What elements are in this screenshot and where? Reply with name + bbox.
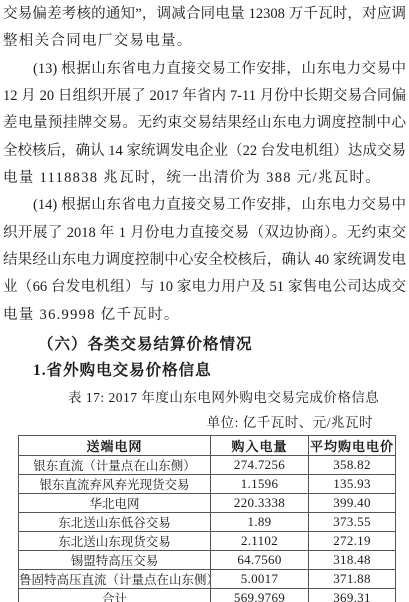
table-row: 银东直流（计量点在山东侧） 274.7256 358.82 xyxy=(19,456,396,475)
body-line: 电量 1118838 兆瓦时，统一出清价为 388 元/兆瓦时。 xyxy=(3,165,406,192)
cell-grid: 华北电网 xyxy=(19,494,211,513)
header-volume: 购入电量 xyxy=(211,436,309,456)
cell-volume: 274.7256 xyxy=(211,456,309,475)
cell-grid: 锡盟特高压交易 xyxy=(19,551,211,570)
document-page: 交易偏差考核的通知”，调减合同电量 12308 万千瓦时，对应调 整相关合同电厂… xyxy=(0,0,409,602)
cell-price: 318.48 xyxy=(309,551,396,570)
table-row total-row: 合计 569.9769 369.31 xyxy=(19,589,396,602)
cell-grid: 东北送山东低谷交易 xyxy=(19,513,211,532)
subsection-heading: 1.省外购电交易价格信息 xyxy=(33,358,406,384)
table-row: 银东直流弃风弃光现货交易 1.1596 135.93 xyxy=(19,475,396,494)
cell-volume: 5.0017 xyxy=(211,570,309,589)
body-line: 差电量预挂牌交易。无约束交易结果经山东电力调度控制中心安 xyxy=(3,110,406,137)
cell-grid: 鲁固特高压直流（计量点在山东侧） xyxy=(19,570,211,589)
cell-grid: 银东直流（计量点在山东侧） xyxy=(19,456,211,475)
body-line: (14) 根据山东省电力直接交易工作安排，山东电力交易中心组 xyxy=(3,192,406,219)
cell-volume: 64.7560 xyxy=(211,551,309,570)
table-row: 东北送山东现货交易 2.1102 272.19 xyxy=(19,532,396,551)
cell-price: 373.55 xyxy=(309,513,396,532)
body-line: 全校核后，确认 14 家统调发电企业（22 台发电机组）达成交易 xyxy=(3,138,406,165)
cell-price: 272.19 xyxy=(309,532,396,551)
cell-volume: 2.1102 xyxy=(211,532,309,551)
cell-price: 135.93 xyxy=(309,475,396,494)
cell-price: 369.31 xyxy=(309,589,396,602)
table-caption: 表 17: 2017 年度山东电网外购电交易完成价格信息 xyxy=(68,386,406,409)
cell-volume: 1.1596 xyxy=(211,475,309,494)
body-line: 结果经山东电力调度控制中心安全校核后，确认 40 家统调发电企 xyxy=(3,247,406,274)
cell-price: 371.88 xyxy=(309,570,396,589)
table-header-row: 送端电网 购入电量 平均购电电价 xyxy=(19,436,396,456)
body-line: 交易偏差考核的通知”，调减合同电量 12308 万千瓦时，对应调 xyxy=(3,1,406,28)
header-sending-grid: 送端电网 xyxy=(19,436,211,456)
header-average-price: 平均购电电价 xyxy=(309,436,396,456)
cell-grid: 银东直流弃风弃光现货交易 xyxy=(19,475,211,494)
body-line: 整相关合同电厂交易电量。 xyxy=(3,28,406,55)
body-text: 交易偏差考核的通知”，调减合同电量 12308 万千瓦时，对应调 整相关合同电厂… xyxy=(3,1,406,329)
table-row: 华北电网 220.3338 399.40 xyxy=(19,494,396,513)
body-line: 12 月 20 日组织开展了 2017 年省内 7-11 月份中长期交易合同偏 xyxy=(3,83,406,110)
cell-price: 358.82 xyxy=(309,456,396,475)
cell-volume: 569.9769 xyxy=(211,589,309,602)
unit-note: 单位: 亿千瓦时、元/兆瓦时 xyxy=(3,411,373,434)
cell-grid: 东北送山东现货交易 xyxy=(19,532,211,551)
table-row: 东北送山东低谷交易 1.89 373.55 xyxy=(19,513,396,532)
cell-volume: 1.89 xyxy=(211,513,309,532)
body-line: 电量 36.9998 亿千瓦时。 xyxy=(3,302,406,329)
body-line: (13) 根据山东省电力直接交易工作安排，山东电力交易中心于 xyxy=(3,56,406,83)
cell-grid: 合计 xyxy=(19,589,211,602)
table-row: 锡盟特高压交易 64.7560 318.48 xyxy=(19,551,396,570)
section-heading: （六）各类交易结算价格情况 xyxy=(38,332,406,358)
table-row: 鲁固特高压直流（计量点在山东侧） 5.0017 371.88 xyxy=(19,570,396,589)
cell-volume: 220.3338 xyxy=(211,494,309,513)
purchase-price-table: 送端电网 购入电量 平均购电电价 银东直流（计量点在山东侧） 274.7256 … xyxy=(18,435,396,602)
body-line: 织开展了 2018 年 1 月份电力直接交易（双边协商）。无约束交易 xyxy=(3,220,406,247)
body-line: 业（66 台发电机组）与 10 家电力用户及 51 家售电公司达成交易 xyxy=(3,274,406,301)
cell-price: 399.40 xyxy=(309,494,396,513)
